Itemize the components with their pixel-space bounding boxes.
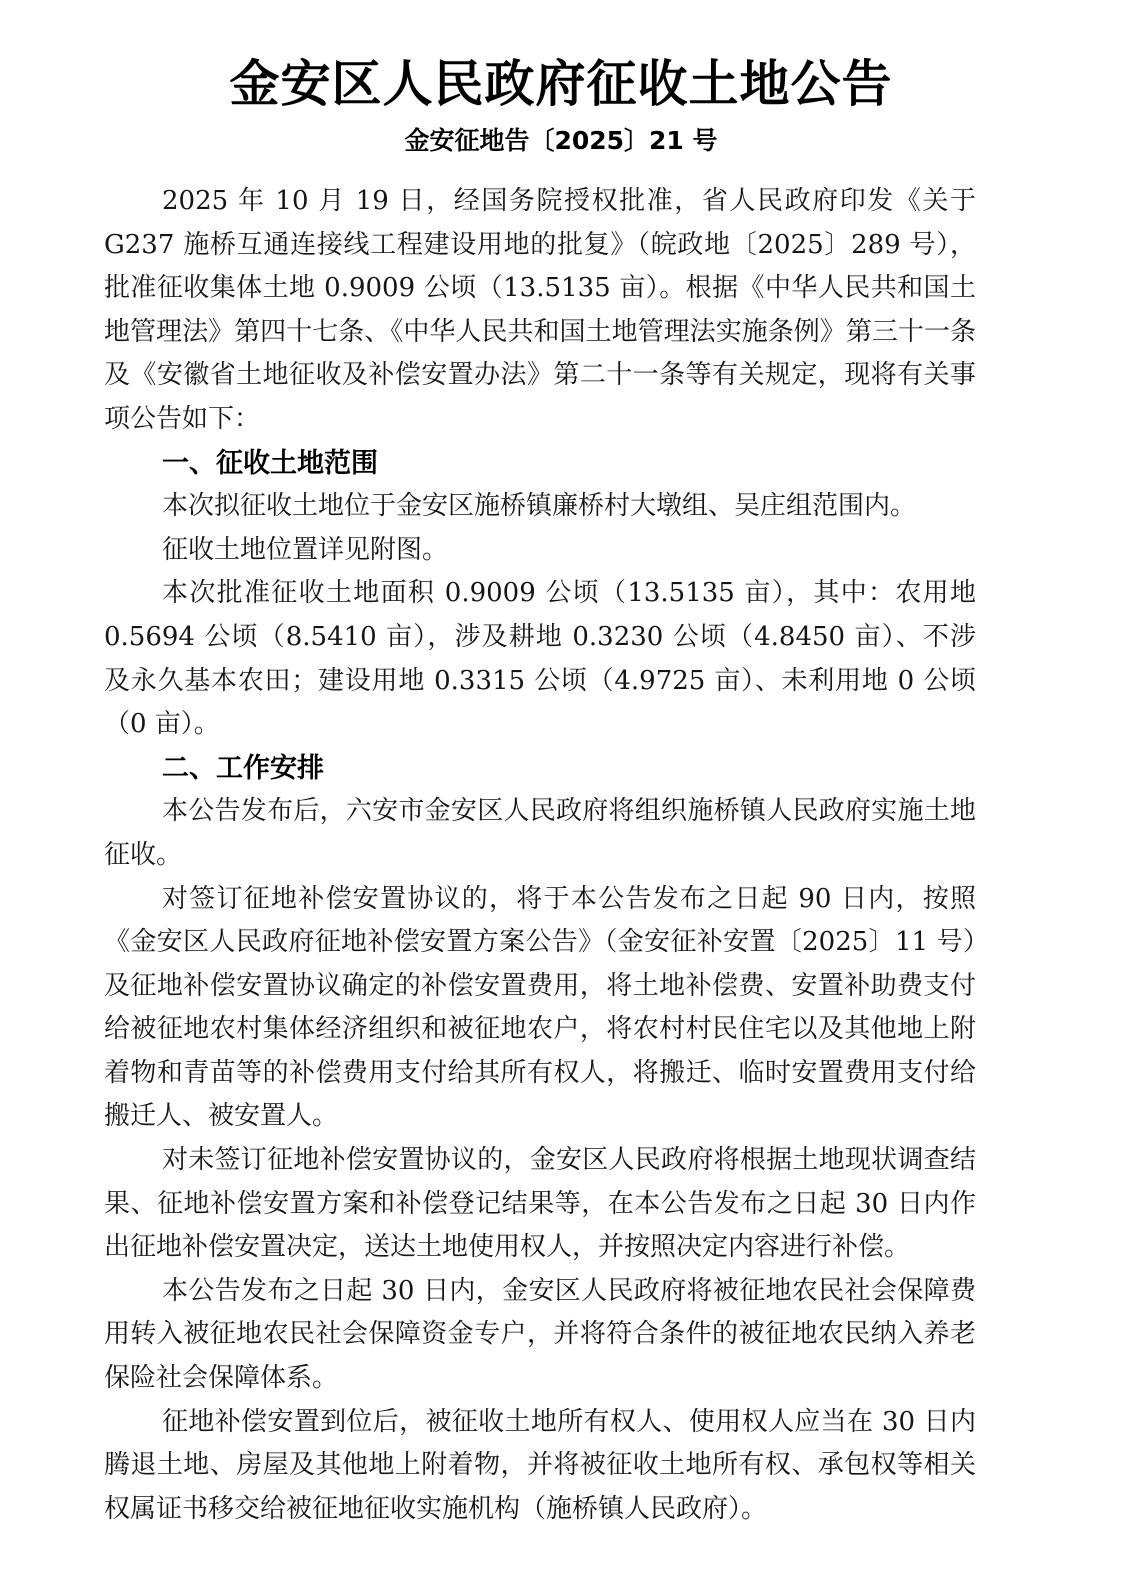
- document-number: 金安征地告〔2025〕21 号: [0, 123, 1122, 159]
- document-page: 金安区人民政府征收土地公告 金安征地告〔2025〕21 号 2025 年 10 …: [0, 0, 1122, 1588]
- scope-area-paragraph: 本次批准征收土地面积 0.9009 公顷（13.5135 亩），其中：农用地 0…: [104, 572, 976, 746]
- section-heading-scope: 一、征收土地范围: [104, 442, 976, 486]
- arrangement-paragraph-1: 本公告发布后，六安市金安区人民政府将组织施桥镇人民政府实施土地征收。: [104, 790, 976, 877]
- section-heading-arrangements: 二、工作安排: [104, 747, 976, 791]
- arrangement-paragraph-2: 对签订征地补偿安置协议的，将于本公告发布之日起 90 日内，按照《金安区人民政府…: [104, 878, 976, 1140]
- page-title: 金安区人民政府征收土地公告: [0, 52, 1122, 116]
- scope-location-paragraph: 本次拟征收土地位于金安区施桥镇廉桥村大墩组、吴庄组范围内。: [104, 485, 976, 529]
- intro-paragraph: 2025 年 10 月 19 日，经国务院授权批准，省人民政府印发《关于G237…: [104, 180, 976, 442]
- document-body: 2025 年 10 月 19 日，经国务院授权批准，省人民政府印发《关于G237…: [104, 180, 976, 1531]
- arrangement-paragraph-4: 本公告发布之日起 30 日内，金安区人民政府将被征地农民社会保障费用转入被征地农…: [104, 1270, 976, 1401]
- arrangement-paragraph-3: 对未签订征地补偿安置协议的，金安区人民政府将根据土地现状调查结果、征地补偿安置方…: [104, 1139, 976, 1270]
- scope-map-paragraph: 征收土地位置详见附图。: [104, 529, 976, 573]
- arrangement-paragraph-5: 征地补偿安置到位后，被征收土地所有权人、使用权人应当在 30 日内腾退土地、房屋…: [104, 1401, 976, 1532]
